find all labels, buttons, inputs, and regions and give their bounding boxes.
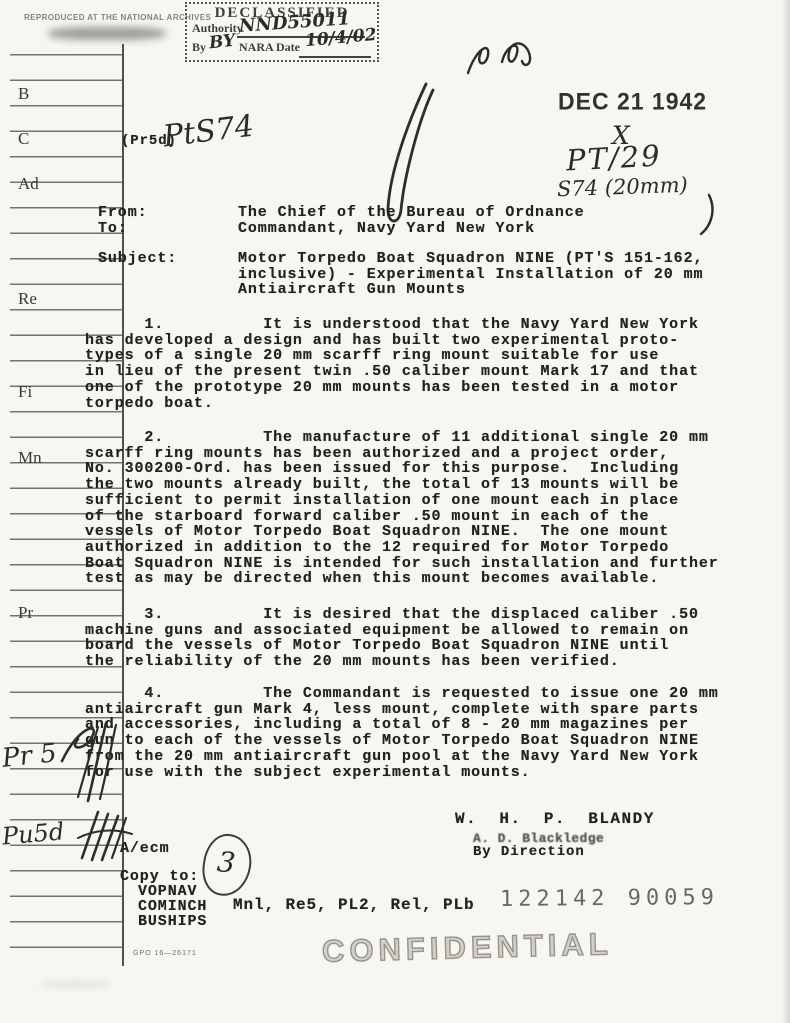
margin-letter-b: B: [18, 84, 29, 104]
margin-letter-mn: Mn: [18, 448, 42, 468]
paragraph-4: 4. The Commandant is requested to issue …: [85, 686, 719, 780]
circled-number: 3: [199, 831, 254, 898]
margin-letter-c: C: [18, 129, 29, 149]
paragraph-2: 2. The manufacture of 11 additional sing…: [85, 430, 719, 587]
gpo-print-code: GPO 16—26171: [133, 950, 197, 957]
date-received-stamp: DEC 21 1942: [558, 87, 707, 115]
circled-number-value: 3: [215, 845, 237, 880]
signature-by-direction: By Direction: [473, 845, 585, 861]
signature-name: W. H. P. BLANDY: [455, 812, 655, 828]
subject-text: Motor Torpedo Boat Squadron NINE (PT'S 1…: [238, 251, 703, 298]
nara-date-label: NARA Date: [239, 40, 300, 55]
handwritten-pt29: PT/29: [565, 139, 662, 178]
paragraph-1: 1. It is understood that the Navy Yard N…: [85, 317, 699, 411]
margin-scribble-lower: [74, 808, 138, 862]
routing-codes-line: Mnl, Re5, PL2, Rel, PLb: [233, 898, 475, 914]
confidential-stamp: CONFIDENTIAL: [322, 926, 614, 970]
margin-letter-pr: Pr: [18, 603, 33, 623]
margin-letter-fi: Fi: [18, 382, 32, 402]
scan-smudge: [40, 983, 110, 986]
document-scan: B C Ad Re Fi Mn Pr REPRODUCED AT THE NAT…: [0, 0, 790, 1023]
by-initials-handwritten: BY: [208, 31, 236, 54]
margin-note-upper: Pr 5: [0, 715, 120, 803]
from-to-values: The Chief of the Bureau of Ordnance Comm…: [238, 205, 585, 237]
ink-squiggle: [462, 35, 542, 83]
by-label: By: [192, 40, 206, 55]
handwritten-routing-code: PtS74: [161, 109, 256, 155]
national-archives-stamp: REPRODUCED AT THE NATIONAL ARCHIVES: [24, 13, 211, 22]
margin-letter-re: Re: [18, 289, 37, 309]
serial-number-stamp: 122142 90059: [500, 885, 719, 912]
ink-tail: [697, 193, 719, 237]
from-to-labels: From: To:: [98, 205, 148, 237]
ink-smudge: [48, 27, 166, 40]
margin-note-lower-text: Pu5d: [1, 817, 65, 850]
declassified-stamp: DECLASSIFIED Authority NND55011 By BY NA…: [185, 2, 379, 62]
margin-note-lower: Pu5d: [2, 806, 142, 862]
subject-label: Subject:: [98, 251, 177, 267]
handwritten-s74: S74 (20mm): [557, 173, 688, 202]
paragraph-3: 3. It is desired that the displaced cali…: [85, 607, 699, 670]
date-underline: [299, 56, 371, 58]
margin-letter-ad: Ad: [18, 174, 39, 194]
copy-to-list: VOPNAV COMINCH BUSHIPS: [138, 884, 207, 930]
margin-scribble-upper: [48, 717, 120, 803]
